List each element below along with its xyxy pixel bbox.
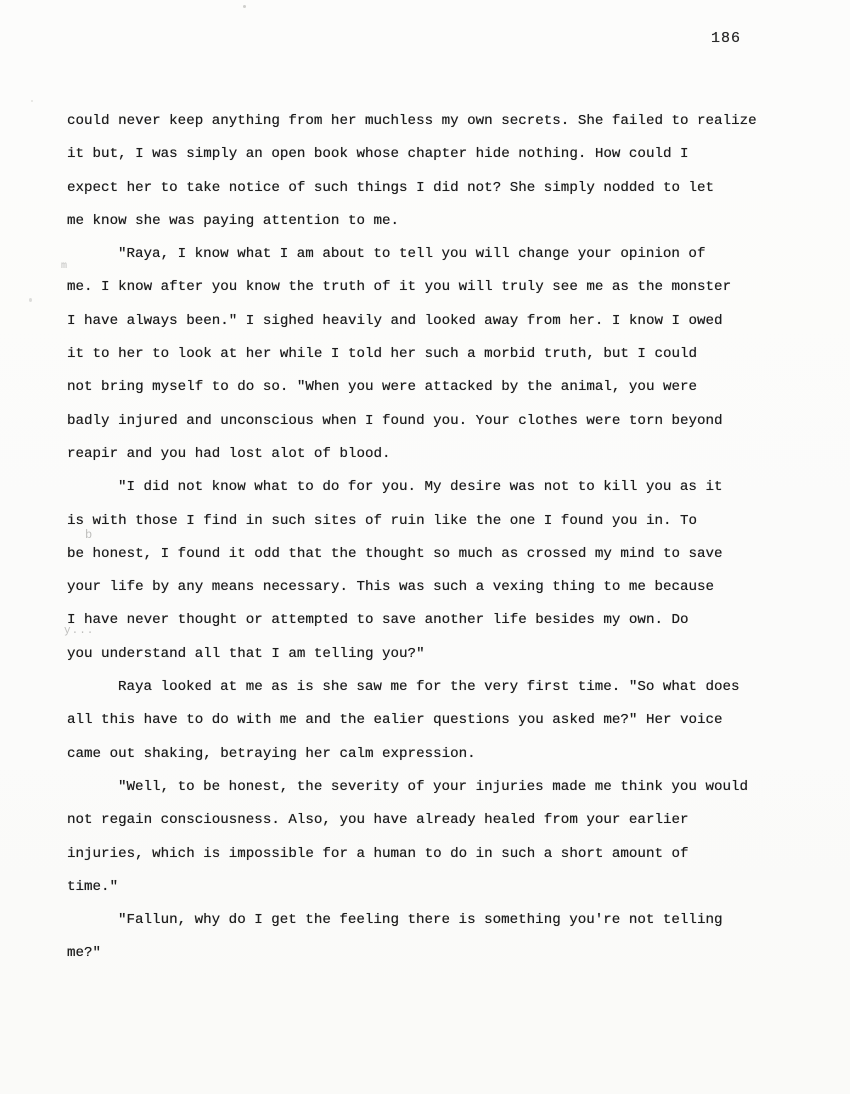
text-line: be honest, I found it odd that the thoug… (67, 541, 797, 574)
text-line: your life by any means necessary. This w… (67, 574, 797, 607)
text-line: "I did not know what to do for you. My d… (67, 474, 797, 507)
ghost-typo-mark: m (61, 261, 68, 272)
text-line: Raya looked at me as is she saw me for t… (67, 674, 797, 707)
manuscript-body-text: could never keep anything from her muchl… (67, 108, 797, 974)
text-line: me know she was paying attention to me. (67, 208, 797, 241)
scan-speck (29, 298, 32, 302)
scan-speck (243, 5, 246, 8)
text-line: me?" (67, 940, 797, 973)
text-line: reapir and you had lost alot of blood. (67, 441, 797, 474)
text-line: not regain consciousness. Also, you have… (67, 807, 797, 840)
text-line: not bring myself to do so. "When you wer… (67, 374, 797, 407)
text-line: me. I know after you know the truth of i… (67, 274, 797, 307)
text-line: "Well, to be honest, the severity of you… (67, 774, 797, 807)
text-line: is with those I find in such sites of ru… (67, 508, 797, 541)
text-line: I have never thought or attempted to sav… (67, 607, 797, 640)
text-line: it to her to look at her while I told he… (67, 341, 797, 374)
text-line: expect her to take notice of such things… (67, 175, 797, 208)
text-line: time." (67, 874, 797, 907)
ghost-typo-mark: b (85, 528, 93, 542)
text-line: all this have to do with me and the eali… (67, 707, 797, 740)
text-line: injuries, which is impossible for a huma… (67, 841, 797, 874)
text-line: could never keep anything from her muchl… (67, 108, 797, 141)
text-line: I have always been." I sighed heavily an… (67, 308, 797, 341)
text-line: came out shaking, betraying her calm exp… (67, 741, 797, 774)
page-number: 186 (711, 30, 741, 47)
text-line: badly injured and unconscious when I fou… (67, 408, 797, 441)
text-line: "Raya, I know what I am about to tell yo… (67, 241, 797, 274)
ghost-typo-mark: y... (64, 625, 94, 637)
text-line: you understand all that I am telling you… (67, 641, 797, 674)
text-line: it but, I was simply an open book whose … (67, 141, 797, 174)
scan-speck (31, 100, 33, 102)
manuscript-page: 186 could never keep anything from her m… (0, 0, 850, 1094)
text-line: "Fallun, why do I get the feeling there … (67, 907, 797, 940)
